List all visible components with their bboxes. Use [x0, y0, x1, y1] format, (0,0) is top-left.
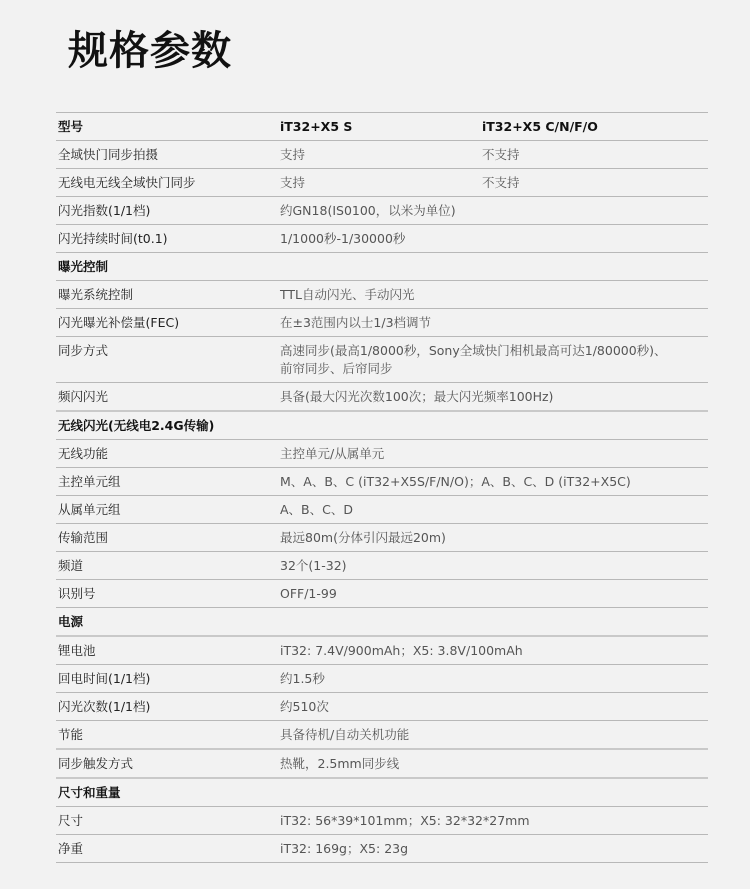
table-row: 全域快门同步拍摄 支持 不支持	[56, 141, 708, 169]
row-value: M、A、B、C (iT32+X5S/F/N/O)；A、B、C、D (iT32+X…	[280, 473, 708, 491]
row-label: 节能	[56, 726, 280, 744]
row-value: 约1.5秒	[280, 670, 708, 688]
row-label: 闪光次数(1/1档)	[56, 698, 280, 716]
table-row: 从属单元组 A、B、C、D	[56, 496, 708, 524]
row-label: 闪光持续时间(t0.1)	[56, 230, 280, 248]
table-header-row: 型号 iT32+X5 S iT32+X5 C/N/F/O	[56, 113, 708, 141]
table-row: 无线功能 主控单元/从属单元	[56, 440, 708, 468]
section-header-power: 电源	[56, 608, 708, 637]
row-label: 同步触发方式	[56, 755, 280, 773]
row-label: 尺寸	[56, 812, 280, 830]
table-row: 闪光指数(1/1档) 约GN18(IS0100，以米为单位)	[56, 197, 708, 225]
row-value: 最远80m(分体引闪最远20m)	[280, 529, 708, 547]
row-label: 无线功能	[56, 445, 280, 463]
row-value: 高速同步(最高1/8000秒，Sony全域快门相机最高可达1/80000秒)、 …	[280, 342, 708, 378]
row-label: 频闪闪光	[56, 388, 280, 406]
row-label: 主控单元组	[56, 473, 280, 491]
row-value: A、B、C、D	[280, 501, 708, 519]
section-header-exposure: 曝光控制	[56, 253, 708, 281]
spec-page: 规格参数 型号 iT32+X5 S iT32+X5 C/N/F/O 全域快门同步…	[0, 0, 750, 889]
row-value: 具备(最大闪光次数100次；最大闪光频率100Hz)	[280, 388, 708, 406]
table-row: 闪光曝光补偿量(FEC) 在±3范围内以士1/3档调节	[56, 309, 708, 337]
row-value: 约510次	[280, 698, 708, 716]
row-label: 频道	[56, 557, 280, 575]
table-row: 闪光次数(1/1档) 约510次	[56, 693, 708, 721]
row-value: 具备待机/自动关机功能	[280, 726, 708, 744]
row-value: 约GN18(IS0100，以米为单位)	[280, 202, 708, 220]
table-row: 频闪闪光 具备(最大闪光次数100次；最大闪光频率100Hz)	[56, 383, 708, 412]
row-value: iT32: 56*39*101mm；X5: 32*32*27mm	[280, 812, 708, 830]
row-label: 全域快门同步拍摄	[56, 146, 280, 164]
page-title: 规格参数	[68, 26, 232, 76]
table-row: 频道 32个(1-32)	[56, 552, 708, 580]
table-row: 传输范围 最远80m(分体引闪最远20m)	[56, 524, 708, 552]
table-row: 同步方式 高速同步(最高1/8000秒，Sony全域快门相机最高可达1/8000…	[56, 337, 708, 383]
row-label: 锂电池	[56, 642, 280, 660]
row-value-model-s: 支持	[280, 174, 482, 192]
section-title: 电源	[56, 613, 83, 631]
table-row: 净重 iT32: 169g；X5: 23g	[56, 835, 708, 863]
table-row: 回电时间(1/1档) 约1.5秒	[56, 665, 708, 693]
table-row: 主控单元组 M、A、B、C (iT32+X5S/F/N/O)；A、B、C、D (…	[56, 468, 708, 496]
row-value-model-cnfo: 不支持	[482, 174, 708, 192]
row-label: 同步方式	[56, 342, 280, 360]
spec-table: 型号 iT32+X5 S iT32+X5 C/N/F/O 全域快门同步拍摄 支持…	[56, 112, 708, 863]
table-row: 节能 具备待机/自动关机功能	[56, 721, 708, 750]
table-row: 曝光系统控制 TTL自动闪光、手动闪光	[56, 281, 708, 309]
row-value: 1/1000秒-1/30000秒	[280, 230, 708, 248]
row-value: 热靴，2.5mm同步线	[280, 755, 708, 773]
table-row: 同步触发方式 热靴，2.5mm同步线	[56, 750, 708, 779]
header-model-s: iT32+X5 S	[280, 118, 482, 136]
row-value: 32个(1-32)	[280, 557, 708, 575]
table-row: 无线电无线全域快门同步 支持 不支持	[56, 169, 708, 197]
row-value: iT32: 169g；X5: 23g	[280, 840, 708, 858]
row-value: 主控单元/从属单元	[280, 445, 708, 463]
row-value: iT32: 7.4V/900mAh；X5: 3.8V/100mAh	[280, 642, 708, 660]
table-row: 尺寸 iT32: 56*39*101mm；X5: 32*32*27mm	[56, 807, 708, 835]
section-title: 无线闪光(无线电2.4G传输)	[56, 417, 214, 435]
section-header-size-weight: 尺寸和重量	[56, 779, 708, 807]
table-row: 识别号 OFF/1-99	[56, 580, 708, 608]
row-value: OFF/1-99	[280, 585, 708, 603]
table-row: 锂电池 iT32: 7.4V/900mAh；X5: 3.8V/100mAh	[56, 637, 708, 665]
row-label: 闪光曝光补偿量(FEC)	[56, 314, 280, 332]
section-title: 曝光控制	[56, 258, 108, 276]
row-label: 曝光系统控制	[56, 286, 280, 304]
row-label: 无线电无线全域快门同步	[56, 174, 280, 192]
table-row: 闪光持续时间(t0.1) 1/1000秒-1/30000秒	[56, 225, 708, 253]
row-label: 回电时间(1/1档)	[56, 670, 280, 688]
row-value-model-s: 支持	[280, 146, 482, 164]
section-header-wireless: 无线闪光(无线电2.4G传输)	[56, 412, 708, 440]
row-value: 在±3范围内以士1/3档调节	[280, 314, 708, 332]
header-model-cnfo: iT32+X5 C/N/F/O	[482, 118, 708, 136]
section-title: 尺寸和重量	[56, 784, 121, 802]
row-label: 闪光指数(1/1档)	[56, 202, 280, 220]
row-value: TTL自动闪光、手动闪光	[280, 286, 708, 304]
row-label: 传输范围	[56, 529, 280, 547]
row-label: 净重	[56, 840, 280, 858]
row-label: 从属单元组	[56, 501, 280, 519]
header-label: 型号	[56, 118, 280, 136]
row-label: 识别号	[56, 585, 280, 603]
row-value-model-cnfo: 不支持	[482, 146, 708, 164]
